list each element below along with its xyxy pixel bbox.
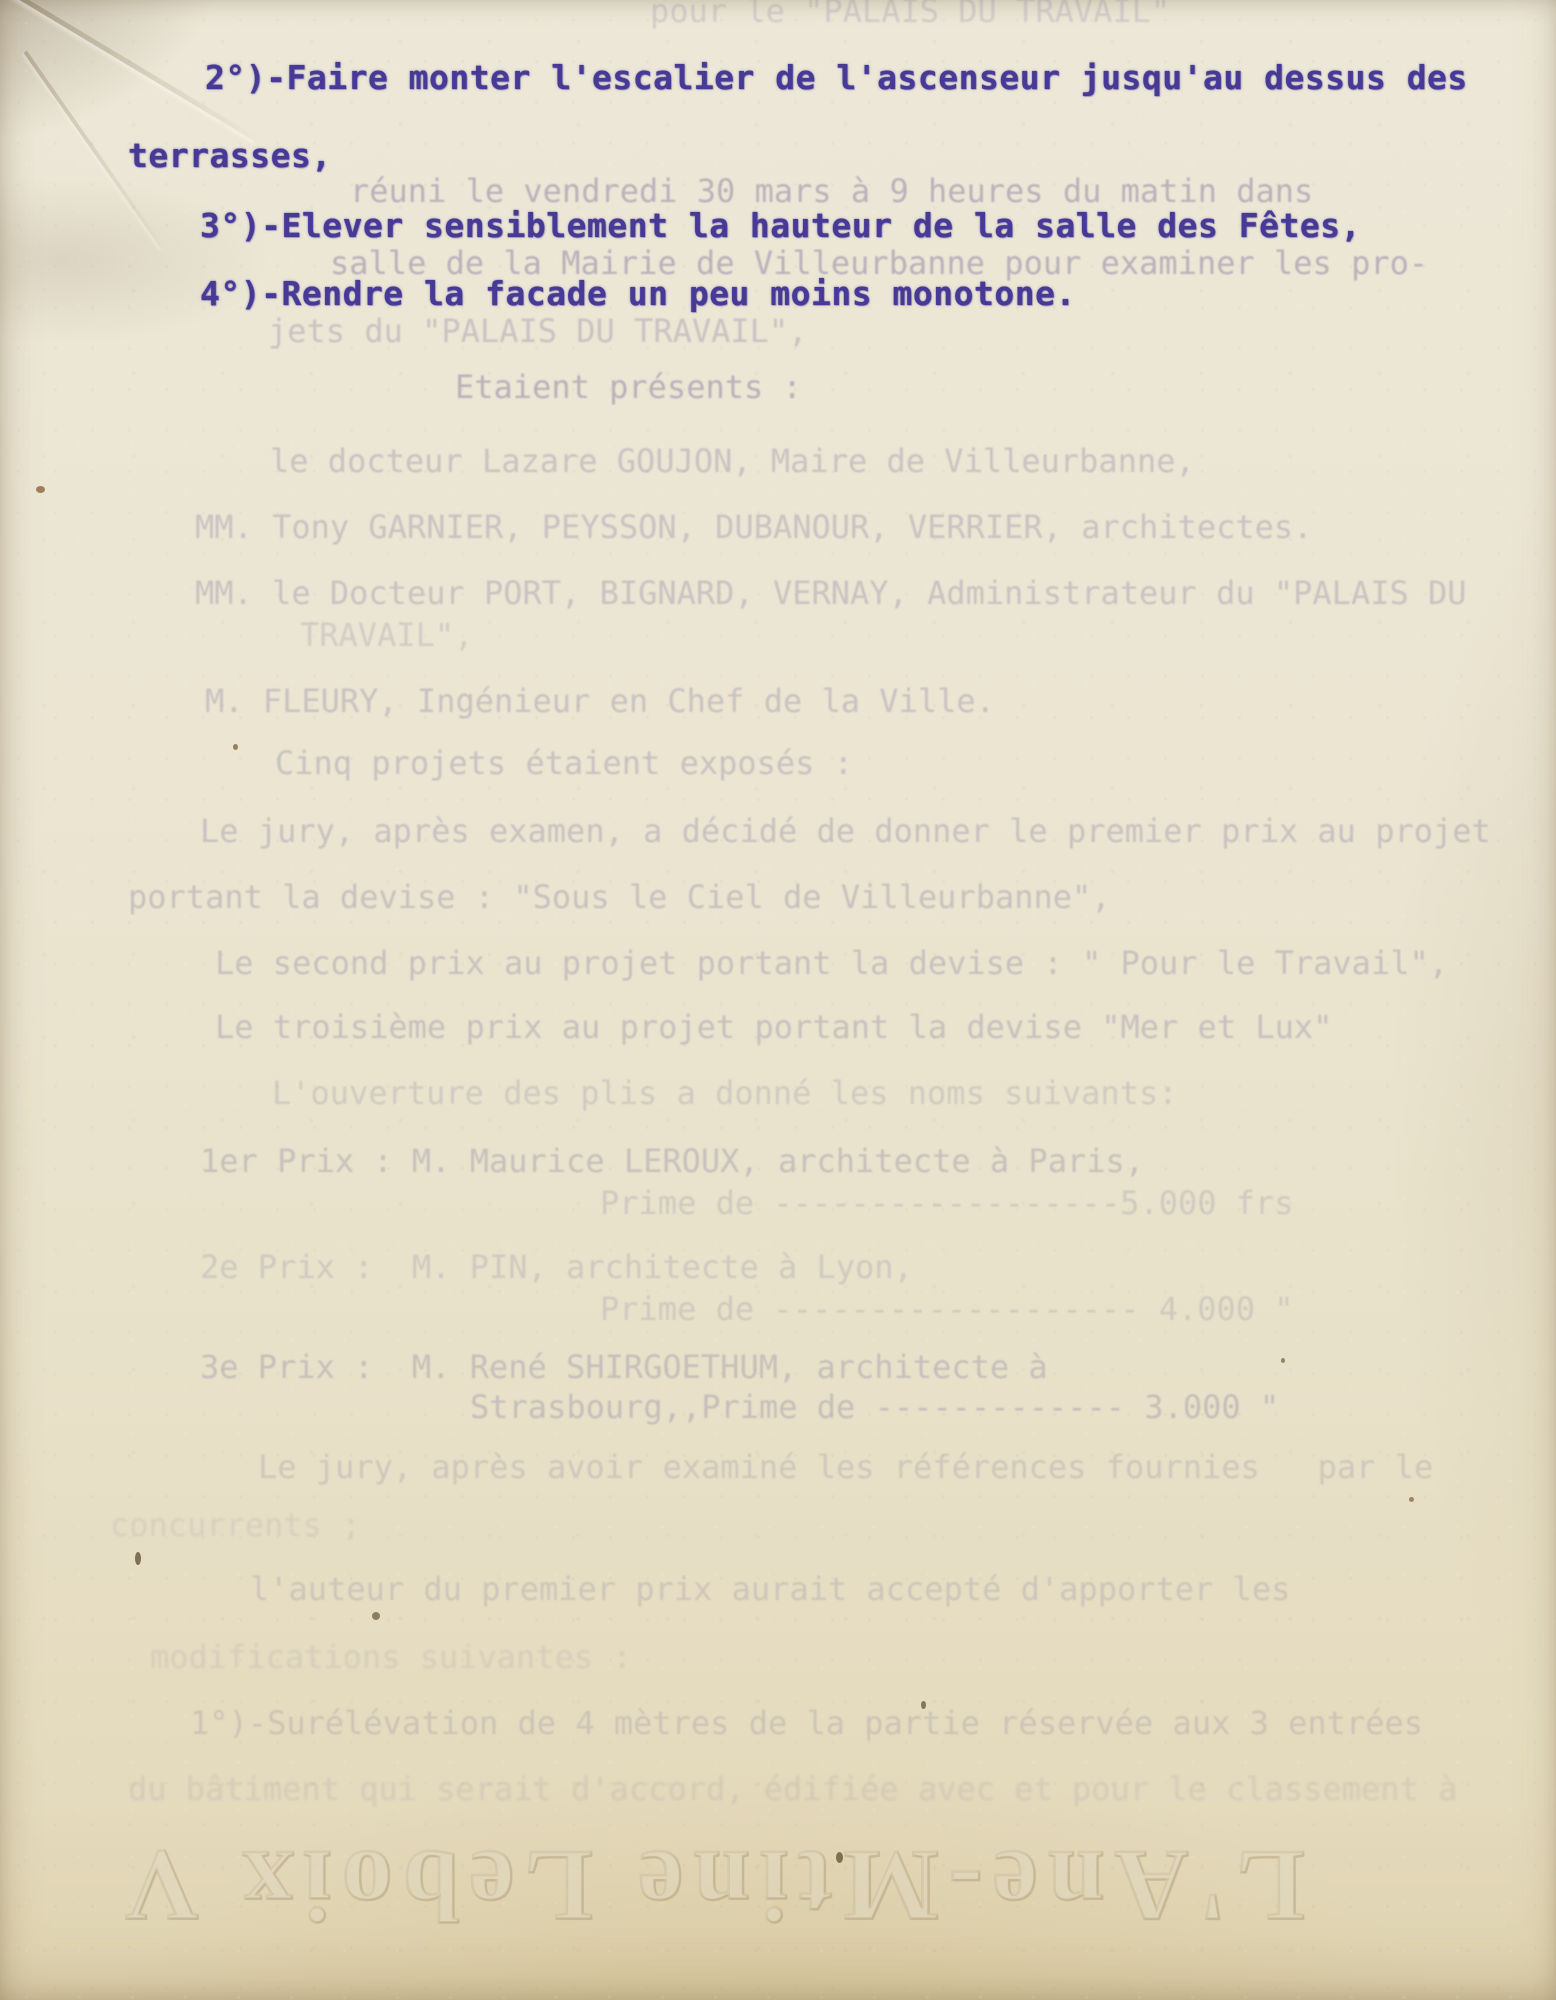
ghost-typed-line: du bâtiment qui serait d'accord, édifiée… — [128, 1770, 1457, 1808]
ghost-typed-line: Prime de ------------------5.000 frs — [600, 1184, 1294, 1222]
ghost-typed-line: jets du "PALAIS DU TRAVAIL", — [268, 312, 807, 350]
ghost-typed-line: Cinq projets étaient exposés : — [275, 744, 853, 782]
typed-line: 2°)-Faire monter l'escalier de l'ascense… — [205, 58, 1468, 97]
typed-line: terrasses, — [128, 136, 332, 175]
ghost-typed-line: Etaient présents : — [455, 368, 802, 406]
ghost-typed-line: 2e Prix : M. PIN, architecte à Lyon, — [200, 1248, 913, 1286]
paper-speck — [836, 1852, 843, 1863]
ghost-typed-line: pour le "PALAIS DU TRAVAIL" — [650, 0, 1170, 30]
ghost-typed-line: Prime de ------------------- 4.000 " — [600, 1290, 1294, 1328]
scanned-document-page: pour le "PALAIS DU TRAVAIL"2°)-Faire mon… — [0, 0, 1556, 2000]
paper-speck — [372, 1612, 380, 1620]
ghost-typed-line: l'auteur du premier prix aurait accepté … — [250, 1570, 1290, 1608]
ghost-typed-line: MM. Tony GARNIER, PEYSSON, DUBANOUR, VER… — [195, 508, 1312, 546]
ghost-typed-line: réuni le vendredi 30 mars à 9 heures du … — [350, 172, 1313, 210]
ghost-typed-line: 3e Prix : M. René SHIRGOETHUM, architect… — [200, 1348, 1048, 1386]
paper-speck — [233, 744, 238, 750]
typed-line: 3°)-Elever sensiblement la hauteur de la… — [200, 206, 1361, 245]
papermaker-watermark: L'Ane-Mtine Leboix V — [10, 1810, 1410, 1960]
paper-speck — [36, 486, 45, 493]
ghost-typed-line: 1er Prix : M. Maurice LEROUX, architecte… — [200, 1142, 1144, 1180]
ghost-typed-line: Le jury, après examen, a décidé de donne… — [200, 812, 1491, 850]
ghost-typed-line: portant la devise : "Sous le Ciel de Vil… — [128, 878, 1111, 916]
ghost-typed-line: TRAVAIL", — [300, 616, 473, 654]
ghost-typed-line: Le second prix au projet portant la devi… — [215, 944, 1448, 982]
paper-speck — [1409, 1497, 1414, 1502]
ghost-typed-line: Strasbourg,,Prime de ------------- 3.000… — [470, 1388, 1279, 1426]
paper-speck — [135, 1552, 141, 1565]
ghost-typed-line: Le troisième prix au projet portant la d… — [215, 1008, 1332, 1046]
ghost-typed-line: Le jury, après avoir examiné les référen… — [258, 1448, 1433, 1486]
ghost-typed-line: concurrents ; — [110, 1506, 360, 1544]
ghost-typed-line: L'ouverture des plis a donné les noms su… — [272, 1074, 1177, 1112]
ghost-typed-line: MM. le Docteur PORT, BIGNARD, VERNAY, Ad… — [195, 574, 1467, 612]
ghost-typed-line: 1°)-Surélévation de 4 mètres de la parti… — [190, 1704, 1423, 1742]
paper-speck — [1281, 1358, 1285, 1363]
typed-line: 4°)-Rendre la facade un peu moins monoto… — [200, 274, 1076, 313]
ghost-typed-line: le docteur Lazare GOUJON, Maire de Ville… — [270, 442, 1195, 480]
ghost-typed-line: modifications suivantes : — [150, 1638, 632, 1676]
ghost-typed-line: M. FLEURY, Ingénieur en Chef de la Ville… — [205, 682, 995, 720]
